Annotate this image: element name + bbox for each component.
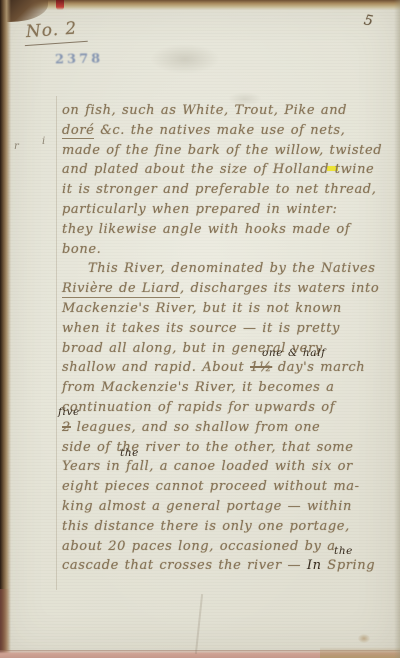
text-segment: eight pieces cannot proceed without ma- — [62, 479, 360, 494]
manuscript-line: made of the fine bark of the willow, twi… — [62, 141, 394, 161]
text-segment: leagues, and so shallow from one — [71, 420, 320, 435]
paper-spot — [358, 634, 370, 643]
text-segment: Rivière de Liard — [62, 281, 180, 298]
text-segment: Mackenzie's River, but it is not known — [62, 301, 342, 316]
binding-edge — [0, 0, 11, 658]
text-segment: particularly when prepared in winter: — [62, 202, 337, 217]
text-segment: it is stronger and preferable to net thr… — [62, 182, 376, 197]
text-segment: from Mackenzie's River, it becomes a — [62, 380, 335, 395]
interline-insertion: the — [120, 448, 139, 458]
text-segment: shallow and rapid. About — [62, 360, 250, 375]
text-segment: bone. — [62, 242, 101, 257]
manuscript-line: broad all along, but in general very — [62, 339, 394, 359]
page-right-edge — [394, 0, 400, 658]
manuscript-line: Years in fall, a canoe loaded with six o… — [62, 457, 394, 477]
page-number: 5 — [363, 12, 375, 29]
manuscript-line: cascade that crosses the river — In Spri… — [62, 556, 394, 576]
text-segment: In — [307, 558, 322, 573]
text-segment: This River, denominated by the Natives — [88, 261, 375, 276]
red-ribbon-mark — [56, 0, 64, 10]
under-page-edge-left — [0, 589, 10, 653]
text-segment: made of the fine bark of the willow, twi… — [62, 143, 382, 158]
manuscript-line: 2 leagues, and so shallow from onefive — [62, 418, 394, 438]
document-number-label: No. 2 — [23, 18, 88, 46]
interline-insertion: the — [334, 546, 353, 556]
interline-insertion: one & half — [262, 348, 326, 358]
text-segment: and plated about the size of Holland twi… — [62, 162, 374, 177]
manuscript-line: and plated about the size of Holland twi… — [62, 160, 394, 180]
manuscript-line: This River, denominated by the Natives — [62, 259, 394, 279]
manuscript-line: eight pieces cannot proceed without ma- — [62, 477, 394, 497]
text-segment: they likewise angle with hooks made of — [62, 222, 350, 237]
manuscript-text: on fish, such as White, Trout, Pike andd… — [62, 101, 394, 576]
text-segment: on fish, such as White, Trout, Pike and — [62, 103, 347, 118]
manuscript-line: this distance there is only one portage, — [62, 517, 394, 537]
manuscript-line: on fish, such as White, Trout, Pike and — [62, 101, 394, 121]
manuscript-line: continuation of rapids for upwards of — [62, 398, 394, 418]
text-segment: Spring — [322, 558, 376, 573]
text-segment: about 20 paces long, occasioned by a — [62, 539, 336, 554]
manuscript-line: Rivière de Liard, discharges its waters … — [62, 279, 394, 299]
margin-rule-line — [56, 96, 57, 590]
text-segment: day's march — [272, 360, 365, 375]
text-segment: doré — [62, 123, 94, 140]
manuscript-line: doré &c. the natives make use of nets, — [62, 121, 394, 141]
paper-fold-line — [195, 594, 203, 654]
text-segment: 1½ — [250, 360, 272, 375]
margin-mark: i — [42, 136, 45, 147]
text-segment: side of the river to the other, that som… — [62, 440, 354, 455]
manuscript-page: No. 2 5 2378 r i on fish, such as White,… — [0, 0, 400, 658]
margin-mark: r — [14, 141, 19, 152]
text-segment: cascade that crosses the river — — [62, 558, 307, 573]
manuscript-line: Mackenzie's River, but it is not known — [62, 299, 394, 319]
text-segment: 2 — [62, 420, 71, 435]
manuscript-line: when it takes its source — it is pretty — [62, 319, 394, 339]
manuscript-line: side of the river to the other, that som… — [62, 438, 394, 458]
paper-stain — [150, 44, 220, 74]
manuscript-line: shallow and rapid. About 1½ day's marcho… — [62, 358, 394, 378]
manuscript-line: bone. — [62, 240, 394, 260]
interline-insertion: five — [58, 407, 80, 417]
manuscript-line: they likewise angle with hooks made of — [62, 220, 394, 240]
text-segment: Years in fall, a canoe loaded with six o… — [62, 459, 353, 474]
manuscript-line: from Mackenzie's River, it becomes a — [62, 378, 394, 398]
text-segment: king almost a general portage — within — [62, 499, 352, 514]
text-segment: this distance there is only one portage, — [62, 519, 350, 534]
manuscript-line: particularly when prepared in winter: — [62, 200, 394, 220]
page-corner-bottom-right — [320, 647, 400, 658]
text-segment: &c. the natives make use of nets, — [94, 123, 345, 138]
text-segment: when it takes its source — it is pretty — [62, 321, 340, 336]
archive-stamp-number: 2378 — [55, 52, 103, 68]
text-segment: continuation of rapids for upwards of — [62, 400, 335, 415]
text-segment: , discharges its waters into — [180, 281, 379, 296]
manuscript-line: king almost a general portage — within — [62, 497, 394, 517]
manuscript-line: it is stronger and preferable to net thr… — [62, 180, 394, 200]
